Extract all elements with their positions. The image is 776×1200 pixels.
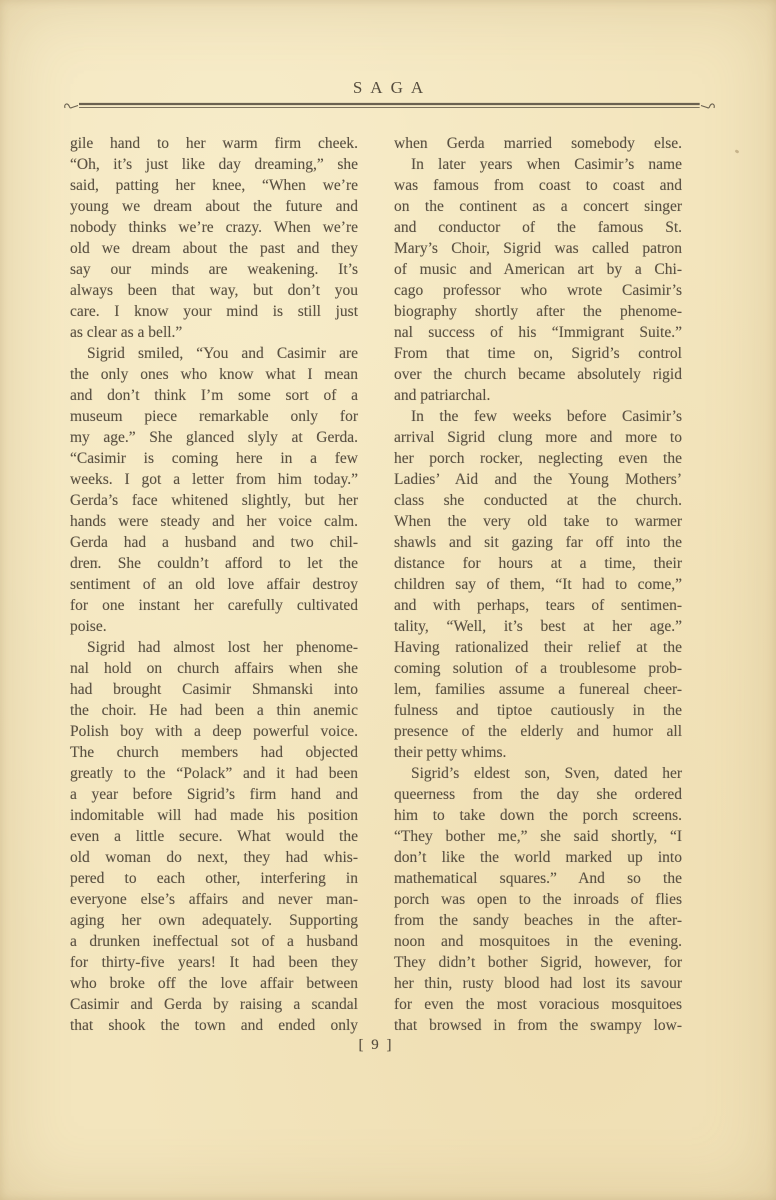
text-line: the choir. He had been a thin anemic [70,700,358,721]
text-line: a year before Sigrid’s firm hand and [70,784,358,805]
text-line: pered to each other, interfering in [70,868,358,889]
text-line: queerness from the day she ordered [394,784,682,805]
text-line: had brought Casimir Shmanski into [70,679,358,700]
text-line: They didn’t bother Sigrid, however, for [394,952,682,973]
text-line: presence of the elderly and humor all [394,721,682,742]
text-line: when Gerda married somebody else. [394,133,682,154]
scan-speck [96,560,98,562]
text-line: From that time on, Sigrid’s control [394,343,682,364]
text-line: her porch rocker, neglecting even the [394,448,682,469]
text-line: of music and American art by a Chi- [394,259,682,280]
text-line: lem, families assume a funereal cheer- [394,679,682,700]
paragraph: Sigrid’s eldest son, Sven, dated herquee… [394,763,682,1036]
text-line: always been that way, but don’t you [70,280,358,301]
text-line: fulness and tiptoe cautiously in the [394,700,682,721]
text-line: nobody thinks we’re crazy. When we’re [70,217,358,238]
text-line: Gerda had a husband and two chil- [70,532,358,553]
text-line: Having rationalized their relief at the [394,637,682,658]
text-line: noon and mosquitoes in the evening. [394,931,682,952]
text-line: who broke off the love affair between [70,973,358,994]
text-line: the only ones who know what I mean [70,364,358,385]
paragraph: Sigrid had almost lost her phenome-nal h… [70,637,358,1036]
text-line: arrival Sigrid clung more and more to [394,427,682,448]
text-line: a drunken ineffectual sot of a husband [70,931,358,952]
paragraph: Sigrid smiled, “You and Casimir arethe o… [70,343,358,637]
text-line: porch was open to the inroads of flies [394,889,682,910]
header-rule-graphic [63,101,716,111]
text-line: him to take down the porch screens. [394,805,682,826]
scan-speck [735,149,740,154]
text-line: Mary’s Choir, Sigrid was called patron [394,238,682,259]
text-line: “Oh, it’s just like day dreaming,” she [70,154,358,175]
page-number: [ 9 ] [70,1037,682,1054]
paragraph: In later years when Casimir’s namewas fa… [394,154,682,406]
text-line: In the few weeks before Casimir’s [394,406,682,427]
text-line: care. I know your mind is still just [70,301,358,322]
text-line: for one instant her carefully cultivated [70,595,358,616]
header-rule [63,101,716,111]
text-line: old woman do next, they had whis- [70,847,358,868]
text-line: dren. She couldn’t afford to let the [70,553,358,574]
text-line: coming solution of a troublesome prob- [394,658,682,679]
text-line: shawls and sit gazing far off into the [394,532,682,553]
text-line: cago professor who wrote Casimir’s [394,280,682,301]
paragraph: when Gerda married somebody else. [394,133,682,154]
text-line: don’t like the world marked up into [394,847,682,868]
text-line: mathematical squares.” And so the [394,868,682,889]
text-line: old we dream about the past and they [70,238,358,259]
text-line: museum piece remarkable only for [70,406,358,427]
text-line: The church members had objected [70,742,358,763]
text-line: as clear as a bell.” [70,322,358,343]
text-line: and patriarchal. [394,385,682,406]
text-line: Gerda’s face whitened slightly, but her [70,490,358,511]
text-line: “They bother me,” she said shortly, “I [394,826,682,847]
page-title: SAGA [0,78,776,98]
text-line: Ladies’ Aid and the Young Mothers’ [394,469,682,490]
document-page: SAGA gile hand to her warm firm cheek.“O… [0,0,776,1200]
text-line: that shook the town and ended only [70,1015,358,1036]
text-line: Sigrid had almost lost her phenome- [70,637,358,658]
text-column-left: gile hand to her warm firm cheek.“Oh, it… [70,133,358,1036]
text-line: tality, “Well, it’s best at her age.” [394,616,682,637]
text-line: her thin, rusty blood had lost its savou… [394,973,682,994]
text-line: young we dream about the future and [70,196,358,217]
text-line: greatly to the “Polack” and it had been [70,763,358,784]
text-line: gile hand to her warm firm cheek. [70,133,358,154]
text-line: over the church became absolutely rigid [394,364,682,385]
text-line: Casimir and Gerda by raising a scandal [70,994,358,1015]
text-line: everyone else’s affairs and never man- [70,889,358,910]
text-line: that browsed in from the swampy low- [394,1015,682,1036]
text-line: for thirty-five years! It had been they [70,952,358,973]
text-line: my age.” She glanced slyly at Gerda. [70,427,358,448]
text-line: poise. [70,616,358,637]
text-line: and don’t think I’m some sort of a [70,385,358,406]
text-line: When the very old take to warmer [394,511,682,532]
text-line: say our minds are weakening. It’s [70,259,358,280]
text-line: weeks. I got a letter from him today.” [70,469,358,490]
text-line: was famous from coast to coast and [394,175,682,196]
text-line: nal hold on church affairs when she [70,658,358,679]
text-line: even a little secure. What would the [70,826,358,847]
text-line: biography shortly after the phenome- [394,301,682,322]
text-line: from the sandy beaches in the after- [394,910,682,931]
text-line: “Casimir is coming here in a few [70,448,358,469]
text-line: their petty whims. [394,742,682,763]
text-column-right: when Gerda married somebody else.In late… [394,133,682,1036]
text-line: for even the most voracious mosquitoes [394,994,682,1015]
paragraph: gile hand to her warm firm cheek.“Oh, it… [70,133,358,343]
text-line: children say of them, “It had to come,” [394,574,682,595]
text-line: In later years when Casimir’s name [394,154,682,175]
text-line: and conductor of the famous St. [394,217,682,238]
text-line: sentiment of an old love affair destroy [70,574,358,595]
text-line: Sigrid’s eldest son, Sven, dated her [394,763,682,784]
paragraph: In the few weeks before Casimir’sarrival… [394,406,682,763]
text-line: class she conducted at the church. [394,490,682,511]
rule-ornament-left-icon [65,104,78,108]
text-line: nal success of his “Immigrant Suite.” [394,322,682,343]
text-line: on the continent as a concert singer [394,196,682,217]
text-line: indomitable will had made his position [70,805,358,826]
text-line: hands were steady and her voice calm. [70,511,358,532]
text-line: distance for hours at a time, their [394,553,682,574]
text-line: Polish boy with a deep powerful voice. [70,721,358,742]
text-line: and with perhaps, tears of sentimen- [394,595,682,616]
text-line: said, patting her knee, “When we’re [70,175,358,196]
text-line: Sigrid smiled, “You and Casimir are [70,343,358,364]
text-line: aging her own adequately. Supporting [70,910,358,931]
